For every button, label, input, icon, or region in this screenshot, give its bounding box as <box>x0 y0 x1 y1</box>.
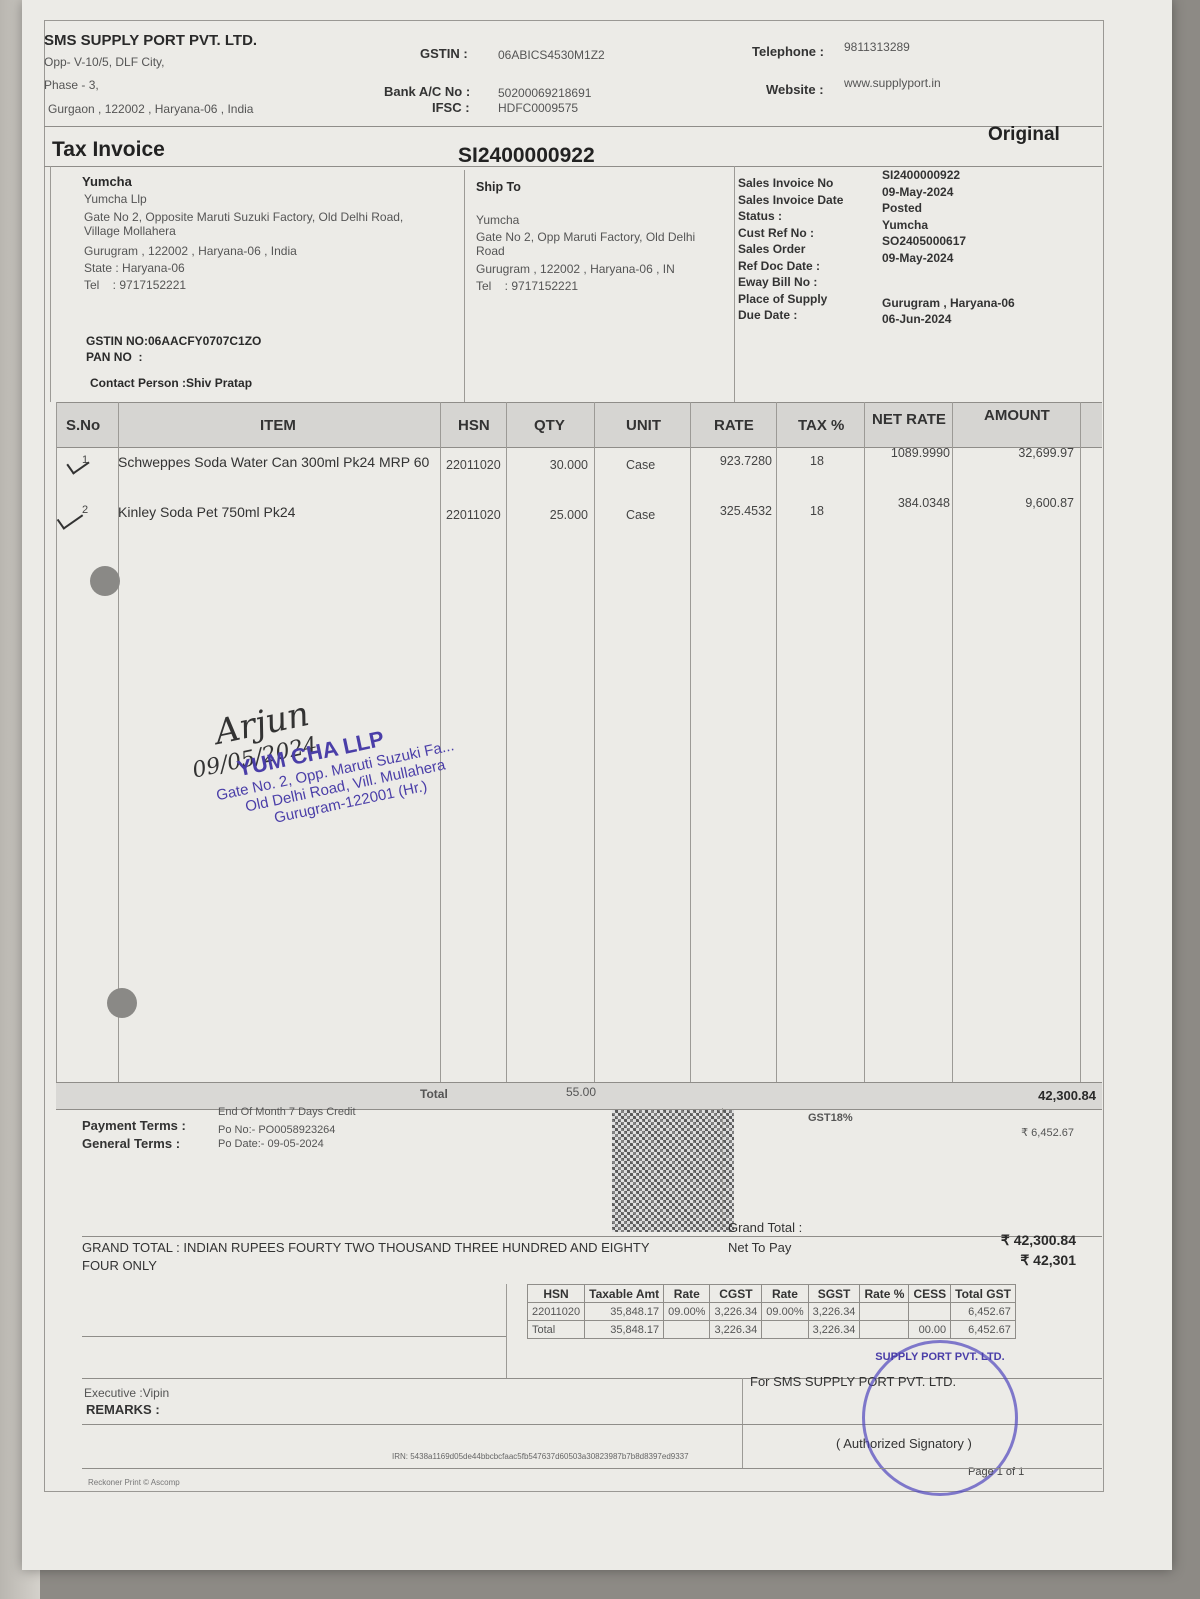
meta-label: Eway Bill No : <box>738 275 817 289</box>
meta-value: 09-May-2024 <box>882 185 953 199</box>
meta-label: Sales Invoice Date <box>738 193 843 207</box>
item-amount: 9,600.87 <box>1025 496 1074 510</box>
bill-to-company: Yumcha Llp <box>84 192 147 206</box>
meta-label: Due Date : <box>738 308 797 322</box>
payment-terms-label: Payment Terms : <box>82 1118 186 1133</box>
print-credit: Reckoner Print © Ascomp <box>88 1478 180 1487</box>
col-qty: QTY <box>534 417 565 434</box>
invoice-number-heading: SI2400000922 <box>458 144 595 168</box>
ship-to-address-1: Gate No 2, Opp Maruti Factory, Old Delhi <box>476 230 695 244</box>
punch-hole <box>90 566 120 596</box>
col-rate: RATE <box>714 417 754 434</box>
total-amount: 42,300.84 <box>1038 1088 1096 1103</box>
item-qty: 25.000 <box>550 508 588 522</box>
tax-cell: 3,226.34 <box>808 1321 860 1339</box>
grand-total-words-cont: FOUR ONLY <box>82 1258 157 1273</box>
tax-cell: Rate <box>762 1285 808 1303</box>
col-sno: S.No <box>66 417 100 434</box>
item-sno: 2 <box>82 504 88 516</box>
col-item: ITEM <box>260 417 296 434</box>
tax-cell <box>762 1321 808 1339</box>
item-qty: 30.000 <box>550 458 588 472</box>
bank-label: Bank A/C No : <box>384 84 470 99</box>
bank-account: 50200069218691 <box>498 86 591 100</box>
tax-cell: 22011020 <box>528 1303 585 1321</box>
item-rate: 325.4532 <box>720 504 772 518</box>
executive-name: Executive :Vipin <box>84 1386 169 1400</box>
punch-hole <box>107 988 137 1018</box>
contact-person: Contact Person :Shiv Pratap <box>90 376 252 390</box>
meta-value: SI2400000922 <box>882 168 960 182</box>
item-rate: 923.7280 <box>720 454 772 468</box>
qr-code <box>612 1110 734 1232</box>
tax-cell: Total GST <box>951 1285 1016 1303</box>
tax-cell: 00.00 <box>909 1321 951 1339</box>
payment-terms-value: End Of Month 7 Days Credit <box>218 1106 356 1118</box>
tax-cell: Rate <box>664 1285 710 1303</box>
document-title: Tax Invoice <box>52 138 165 162</box>
item-item: Kinley Soda Pet 750ml Pk24 <box>118 504 438 520</box>
net-to-pay-label: Net To Pay <box>728 1240 791 1255</box>
ship-to-address-2: Road <box>476 244 505 258</box>
tax-cell <box>860 1303 909 1321</box>
general-terms-label: General Terms : <box>82 1136 180 1151</box>
item-net-rate: 384.0348 <box>898 496 950 510</box>
po-date: Po Date:- 09-05-2024 <box>218 1138 324 1150</box>
bill-to-address-1: Gate No 2, Opposite Maruti Suzuki Factor… <box>84 210 403 224</box>
meta-label: Sales Order <box>738 242 805 256</box>
tax-cell: SGST <box>808 1285 860 1303</box>
tax-cell: 6,452.67 <box>951 1321 1016 1339</box>
meta-value: SO2405000617 <box>882 234 966 248</box>
seller-gstin-label: GSTIN : <box>420 46 468 61</box>
meta-value: 09-May-2024 <box>882 251 953 265</box>
ship-to-name: Yumcha <box>476 213 519 227</box>
irn: IRN: 5438a1169d05de44bbcbcfaac5fb547637d… <box>392 1452 689 1461</box>
meta-label: Place of Supply <box>738 292 827 306</box>
gst-rate-value: ₹ 6,452.67 <box>1021 1126 1074 1139</box>
seller-gstin: 06ABICS4530M1Z2 <box>498 48 605 62</box>
item-amount: 32,699.97 <box>1018 446 1074 460</box>
items-table-header: S.No ITEM HSN QTY UNIT RATE TAX % NET RA… <box>56 402 1102 448</box>
meta-label: Cust Ref No : <box>738 226 814 240</box>
item-tax: 18 <box>810 504 824 518</box>
bill-to-tel: Tel : 9717152221 <box>84 278 186 292</box>
meta-value: Gurugram , Haryana-06 <box>882 296 1015 310</box>
tax-cell: 3,226.34 <box>710 1303 762 1321</box>
total-label: Total <box>420 1087 448 1101</box>
copy-type: Original <box>988 124 1060 146</box>
meta-label: Ref Doc Date : <box>738 259 820 273</box>
tax-cell <box>860 1321 909 1339</box>
tax-cell: 3,226.34 <box>808 1303 860 1321</box>
ship-to-tel: Tel : 9717152221 <box>476 279 578 293</box>
invoice-page: SMS SUPPLY PORT PVT. LTD. Opp- V-10/5, D… <box>22 0 1172 1570</box>
remarks-label: REMARKS : <box>86 1402 160 1417</box>
item-tax: 18 <box>810 454 824 468</box>
tax-cell: 09.00% <box>664 1303 710 1321</box>
tax-cell: Taxable Amt <box>585 1285 664 1303</box>
total-qty: 55.00 <box>566 1085 596 1099</box>
tax-cell: 35,848.17 <box>585 1303 664 1321</box>
grand-total-label: Grand Total : <box>728 1220 802 1235</box>
item-item: Schweppes Soda Water Can 300ml Pk24 MRP … <box>118 454 438 470</box>
telephone-label: Telephone : <box>752 44 824 59</box>
bill-to-pan: PAN NO : <box>86 350 142 364</box>
tax-cell: 35,848.17 <box>585 1321 664 1339</box>
meta-value: Yumcha <box>882 218 928 232</box>
tax-breakdown-table: HSNTaxable AmtRateCGSTRateSGSTRate %CESS… <box>527 1284 1016 1339</box>
ifsc-label: IFSC : <box>432 100 470 115</box>
col-net-rate: NET RATE <box>872 411 946 428</box>
grand-total-value: ₹ 42,300.84 <box>1001 1232 1076 1249</box>
item-hsn: 22011020 <box>446 508 501 522</box>
tax-cell <box>664 1321 710 1339</box>
tax-cell: HSN <box>528 1285 585 1303</box>
tax-cell: Rate % <box>860 1285 909 1303</box>
bill-to-name: Yumcha <box>82 174 132 189</box>
item-hsn: 22011020 <box>446 458 501 472</box>
item-unit: Case <box>626 508 655 522</box>
tax-cell <box>909 1303 951 1321</box>
bill-to-city: Gurugram , 122002 , Haryana-06 , India <box>84 244 297 258</box>
ifsc-code: HDFC0009575 <box>498 101 578 115</box>
seller-address-2: Phase - 3, <box>44 78 99 92</box>
item-net-rate: 1089.9990 <box>891 446 950 460</box>
tax-cell: 3,226.34 <box>710 1321 762 1339</box>
items-total-row: Total 55.00 42,300.84 <box>56 1082 1102 1110</box>
tax-cell: CESS <box>909 1285 951 1303</box>
seller-address-1: Opp- V-10/5, DLF City, <box>44 55 165 69</box>
bill-to-state: State : Haryana-06 <box>84 261 185 275</box>
meta-value: 06-Jun-2024 <box>882 312 951 326</box>
seller-website[interactable]: www.supplyport.in <box>844 76 941 90</box>
gst-rate-label: GST18% <box>808 1112 853 1124</box>
tax-cell: 6,452.67 <box>951 1303 1016 1321</box>
meta-value: Posted <box>882 201 922 215</box>
website-label: Website : <box>766 82 824 97</box>
net-to-pay-value: ₹ 42,301 <box>1020 1252 1076 1269</box>
seller-stamp-text: SUPPLY PORT PVT. LTD. <box>865 1351 1015 1363</box>
col-amount: AMOUNT <box>984 407 1050 424</box>
ship-to-city: Gurugram , 122002 , Haryana-06 , IN <box>476 262 675 276</box>
ship-to-heading: Ship To <box>476 180 521 194</box>
grand-total-words: GRAND TOTAL : INDIAN RUPEES FOURTY TWO T… <box>82 1240 650 1255</box>
col-hsn: HSN <box>458 417 490 434</box>
bill-to-gstin: GSTIN NO:06AACFY0707C1ZO <box>86 334 261 348</box>
seller-name: SMS SUPPLY PORT PVT. LTD. <box>44 32 257 49</box>
po-number: Po No:- PO0058923264 <box>218 1124 335 1136</box>
seller-telephone: 9811313289 <box>844 40 910 54</box>
col-unit: UNIT <box>626 417 661 434</box>
seller-address-3: Gurgaon , 122002 , Haryana-06 , India <box>48 102 253 116</box>
tax-cell: 09.00% <box>762 1303 808 1321</box>
tax-cell: Total <box>528 1321 585 1339</box>
col-tax: TAX % <box>798 417 844 434</box>
tax-cell: CGST <box>710 1285 762 1303</box>
meta-label: Status : <box>738 209 782 223</box>
bill-to-address-2: Village Mollahera <box>84 224 176 238</box>
meta-label: Sales Invoice No <box>738 176 833 190</box>
item-unit: Case <box>626 458 655 472</box>
